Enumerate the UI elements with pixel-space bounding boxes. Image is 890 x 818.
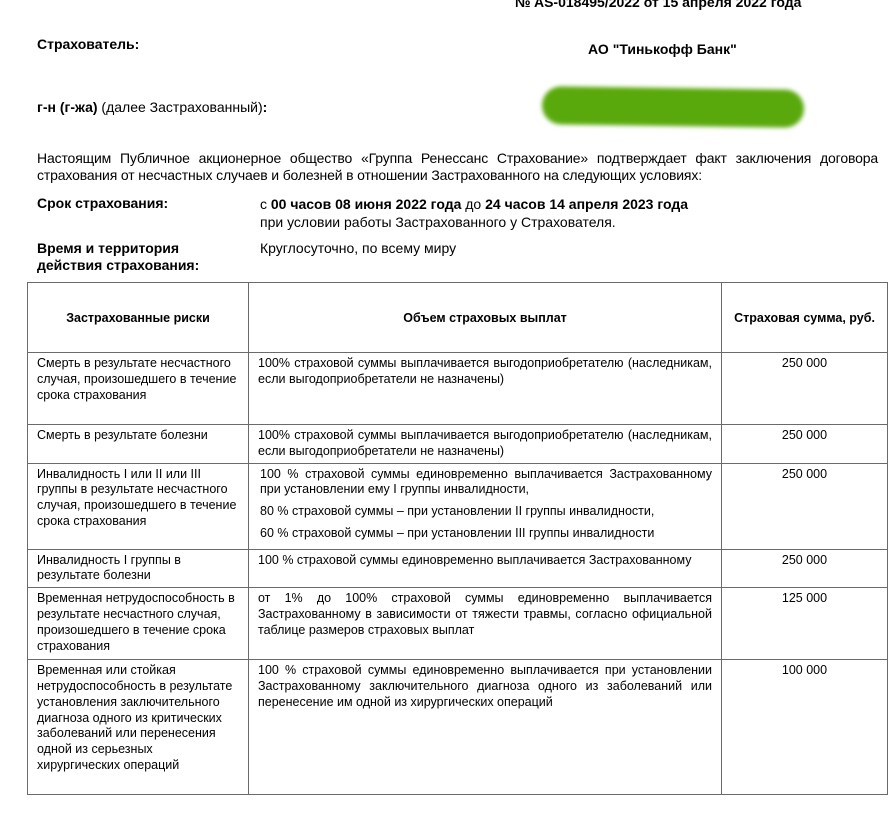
sum-cell: 100 000 <box>722 660 888 795</box>
payout-line: 100% страховой суммы выплачивается выгод… <box>258 356 712 388</box>
term-value: с 00 часов 08 июня 2022 года до 24 часов… <box>260 195 688 231</box>
territory-value: Круглосуточно, по всему миру <box>260 240 456 256</box>
table-row: Инвалидность I группы в результате болез… <box>28 549 888 588</box>
territory-label: Время и территория действия страхования: <box>37 240 199 274</box>
risk-cell: Смерть в результате болезни <box>28 425 249 464</box>
term-end: 24 часов 14 апреля 2023 года <box>485 196 688 212</box>
sum-cell: 250 000 <box>722 549 888 588</box>
payout-cell: 100 % страховой суммы единовременно выпл… <box>249 463 722 549</box>
header-risks: Застрахованные риски <box>28 283 249 353</box>
document-number: № AS-018495/2022 от 15 апреля 2022 года <box>515 0 801 10</box>
risk-cell: Инвалидность I группы в результате болез… <box>28 549 249 588</box>
payout-cell: 100 % страховой суммы единовременно выпл… <box>249 660 722 795</box>
sum-cell: 250 000 <box>722 463 888 549</box>
table-row: Смерть в результате болезни100% страхово… <box>28 425 888 464</box>
term-label: Срок страхования: <box>37 195 168 211</box>
payout-cell: 100% страховой суммы выплачивается выгод… <box>249 353 722 425</box>
payout-cell: от 1% до 100% страховой суммы единовреме… <box>249 588 722 660</box>
payout-line: 100% страховой суммы выплачивается выгод… <box>258 428 712 460</box>
risk-cell: Временная нетрудоспособность в результат… <box>28 588 249 660</box>
sum-cell: 125 000 <box>722 588 888 660</box>
payout-line: 60 % страховой суммы – при установлении … <box>258 526 712 542</box>
risk-cell: Временная или стойкая нетрудоспособность… <box>28 660 249 795</box>
table-row: Временная нетрудоспособность в результат… <box>28 588 888 660</box>
table-row: Инвалидность I или II или III группы в р… <box>28 463 888 549</box>
insured-label: г-н (г-жа) (далее Застрахованный): <box>37 99 267 115</box>
insured-label-rest: (далее Застрахованный) <box>98 99 263 115</box>
payout-line: 100 % страховой суммы единовременно выпл… <box>258 553 712 569</box>
header-payout: Объем страховых выплат <box>249 283 722 353</box>
payout-line: от 1% до 100% страховой суммы единовреме… <box>258 591 712 638</box>
header-sum: Страховая сумма, руб. <box>722 283 888 353</box>
sum-cell: 250 000 <box>722 425 888 464</box>
insurer-label: Страхователь: <box>37 36 139 52</box>
risk-cell: Смерть в результате несчастного случая, … <box>28 353 249 425</box>
insurer-name: АО "Тинькофф Банк" <box>588 41 737 57</box>
payout-line: 100 % страховой суммы единовременно выпл… <box>258 663 712 710</box>
term-start: 00 часов 08 июня 2022 года <box>271 196 461 212</box>
table-row: Временная или стойкая нетрудоспособность… <box>28 660 888 795</box>
risks-table: Застрахованные риски Объем страховых вып… <box>27 282 888 795</box>
term-condition: при условии работы Застрахованного у Стр… <box>260 214 616 230</box>
insured-label-colon: : <box>263 99 268 115</box>
sum-cell: 250 000 <box>722 353 888 425</box>
payout-line: 100 % страховой суммы единовременно выпл… <box>258 467 712 499</box>
table-header-row: Застрахованные риски Объем страховых вып… <box>28 283 888 353</box>
term-prefix: с <box>260 196 271 212</box>
payout-cell: 100 % страховой суммы единовременно выпл… <box>249 549 722 588</box>
territory-label-line2: действия страхования: <box>37 257 199 273</box>
payout-cell: 100% страховой суммы выплачивается выгод… <box>249 425 722 464</box>
territory-label-line1: Время и территория <box>37 240 179 256</box>
table-row: Смерть в результате несчастного случая, … <box>28 353 888 425</box>
insured-label-bold: г-н (г-жа) <box>37 99 98 115</box>
intro-paragraph: Настоящим Публичное акционерное общество… <box>37 150 878 184</box>
term-mid: до <box>461 196 485 212</box>
redacted-insured-name <box>542 86 805 128</box>
risk-cell: Инвалидность I или II или III группы в р… <box>28 463 249 549</box>
payout-line: 80 % страховой суммы – при установлении … <box>258 504 712 520</box>
